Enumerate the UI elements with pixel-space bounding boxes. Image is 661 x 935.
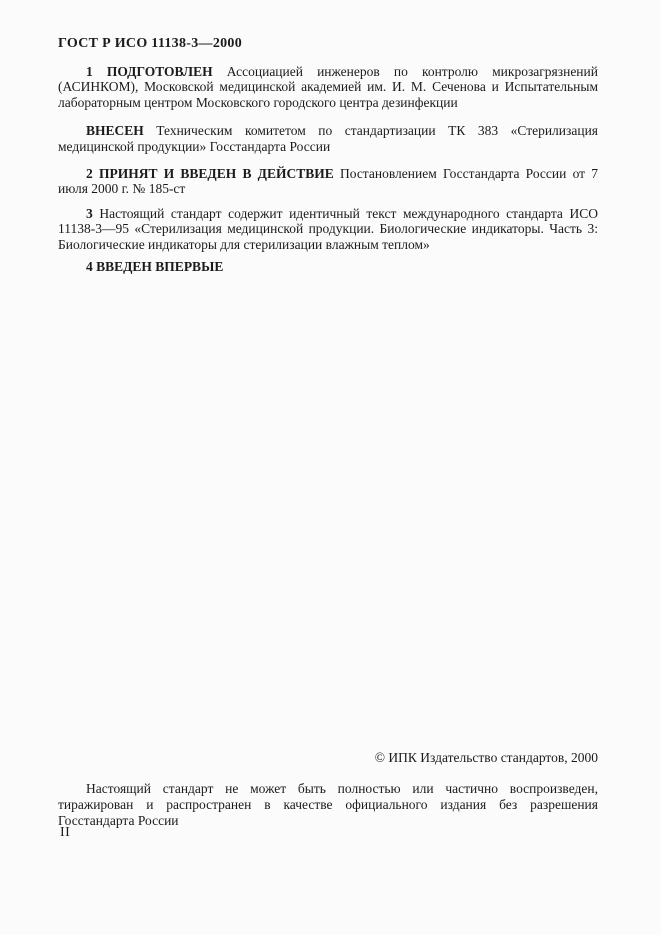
reproduction-restriction-notice: Настоящий стандарт не может быть полност…: [58, 781, 598, 828]
copyright-line: © ИПК Издательство стандартов, 2000: [375, 750, 598, 766]
page-number: II: [60, 825, 70, 841]
foreword-item-lead: 4 ВВЕДЕН ВПЕРВЫЕ: [86, 259, 223, 274]
foreword-item-adopted: 2 ПРИНЯТ И ВВЕДЕН В ДЕЙСТВИЕ Постановлен…: [58, 166, 598, 197]
foreword-item-lead: 3: [86, 206, 93, 221]
foreword-item-lead: 1 ПОДГОТОВЛЕН: [86, 64, 213, 79]
foreword-item-lead: 2 ПРИНЯТ И ВВЕДЕН В ДЕЙСТВИЕ: [86, 166, 334, 181]
document-page: ГОСТ Р ИСО 11138-3—2000 1 ПОДГОТОВЛЕН Ас…: [0, 0, 661, 935]
foreword-item-submitted: ВНЕСЕН Техническим комитетом по стандарт…: [58, 123, 598, 154]
foreword-item-prepared: 1 ПОДГОТОВЛЕН Ассоциацией инженеров по к…: [58, 64, 598, 110]
foreword-item-identical-text: 3 Настоящий стандарт содержит идентичный…: [58, 206, 598, 252]
foreword-item-first-edition: 4 ВВЕДЕН ВПЕРВЫЕ: [58, 259, 598, 274]
foreword-item-lead: ВНЕСЕН: [86, 123, 144, 138]
foreword-section: 1 ПОДГОТОВЛЕН Ассоциацией инженеров по к…: [58, 64, 598, 274]
standard-number-header: ГОСТ Р ИСО 11138-3—2000: [58, 36, 242, 52]
foreword-item-text: Настоящий стандарт содержит идентичный т…: [58, 206, 598, 252]
